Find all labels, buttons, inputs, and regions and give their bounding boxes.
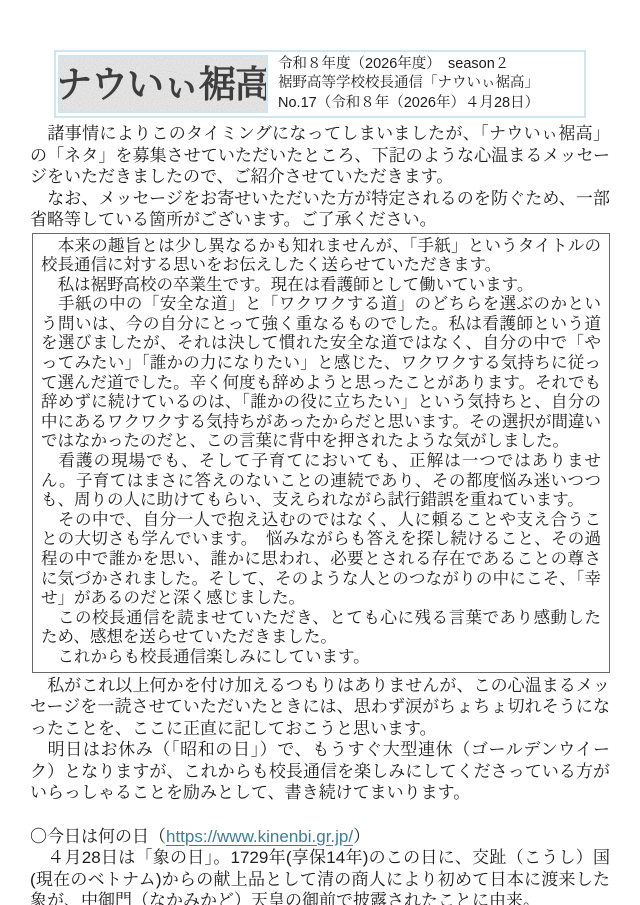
header-school-line: 裾野高等学校校長通信「ナウいぃ裾高」 [278, 74, 539, 94]
today-heading-prefix: 〇今日は何の日（ [30, 827, 166, 846]
today-heading-suffix: ） [353, 827, 370, 846]
newsletter-page: ナウいぃ裾高 令和８年度（2026年度） season２ 裾野高等学校校長通信「… [0, 0, 640, 905]
letter-quote-box: 本来の趣旨とは少し異なるかも知れませんが、「手紙」というタイトルの校長通信に対す… [32, 233, 610, 673]
letter-paragraph: 本来の趣旨とは少し異なるかも知れませんが、「手紙」というタイトルの校長通信に対す… [41, 237, 601, 276]
today-heading: 〇今日は何の日（https://www.kinenbi.gr.jp/） [30, 826, 610, 848]
today-section: 〇今日は何の日（https://www.kinenbi.gr.jp/） ４月28… [30, 826, 610, 905]
intro-paragraph-1: 諸事情によりこのタイミングになってしまいましたが、「ナウいぃ裾高」の「ネタ」を募… [30, 123, 610, 188]
letter-paragraph: その中で、自分一人で抱え込むのではなく、人に頼ることや支え合うことの大切さも学ん… [41, 511, 601, 609]
letter-paragraph: この校長通信を読ませていただき、とても心に残る言葉であり感動したため、感想を送ら… [41, 609, 601, 648]
outro-paragraph-2: 明日はお休み（「昭和の日」）で、もうすぐ大型連休（ゴールデンウイーク）となります… [30, 739, 610, 804]
letter-paragraph: これからも校長通信楽しみにしています。 [41, 648, 601, 668]
logo-title: ナウいぃ裾高 [58, 66, 268, 103]
kinenbi-link[interactable]: https://www.kinenbi.gr.jp/ [166, 827, 353, 846]
letter-paragraph: 看護の現場でも、そして子育てにおいても、正解は一つではありません。子育てはまさに… [41, 452, 601, 511]
letter-paragraph: 私は裾野高校の卒業生です。現在は看護師として働いています。 [41, 276, 601, 296]
today-body: ４月28日は「象の日」。1729年(享保14年)のこの日に、交趾（こうし）国(現… [30, 847, 610, 905]
intro-paragraph-2: なお、メッセージをお寄せいただいた方が特定されるのを防ぐため、一部省略等している… [30, 188, 610, 231]
header-issue-line: No.17（令和８年（2026年）４月28日） [278, 94, 539, 114]
header-year-line: 令和８年度（2026年度） season２ [278, 55, 539, 75]
outro-paragraph-1: 私がこれ以上何かを付け加えるつもりはありませんが、この心温まるメッセージを一読さ… [30, 675, 610, 740]
letter-paragraph: 手紙の中の「安全な道」と「ワクワクする道」のどちらを選ぶのかという問いは、今の自… [41, 295, 601, 452]
newsletter-header: ナウいぃ裾高 令和８年度（2026年度） season２ 裾野高等学校校長通信「… [54, 50, 586, 118]
header-info: 令和８年度（2026年度） season２ 裾野高等学校校長通信「ナウいぃ裾高」… [268, 55, 539, 114]
newsletter-logo: ナウいぃ裾高 [58, 55, 268, 113]
